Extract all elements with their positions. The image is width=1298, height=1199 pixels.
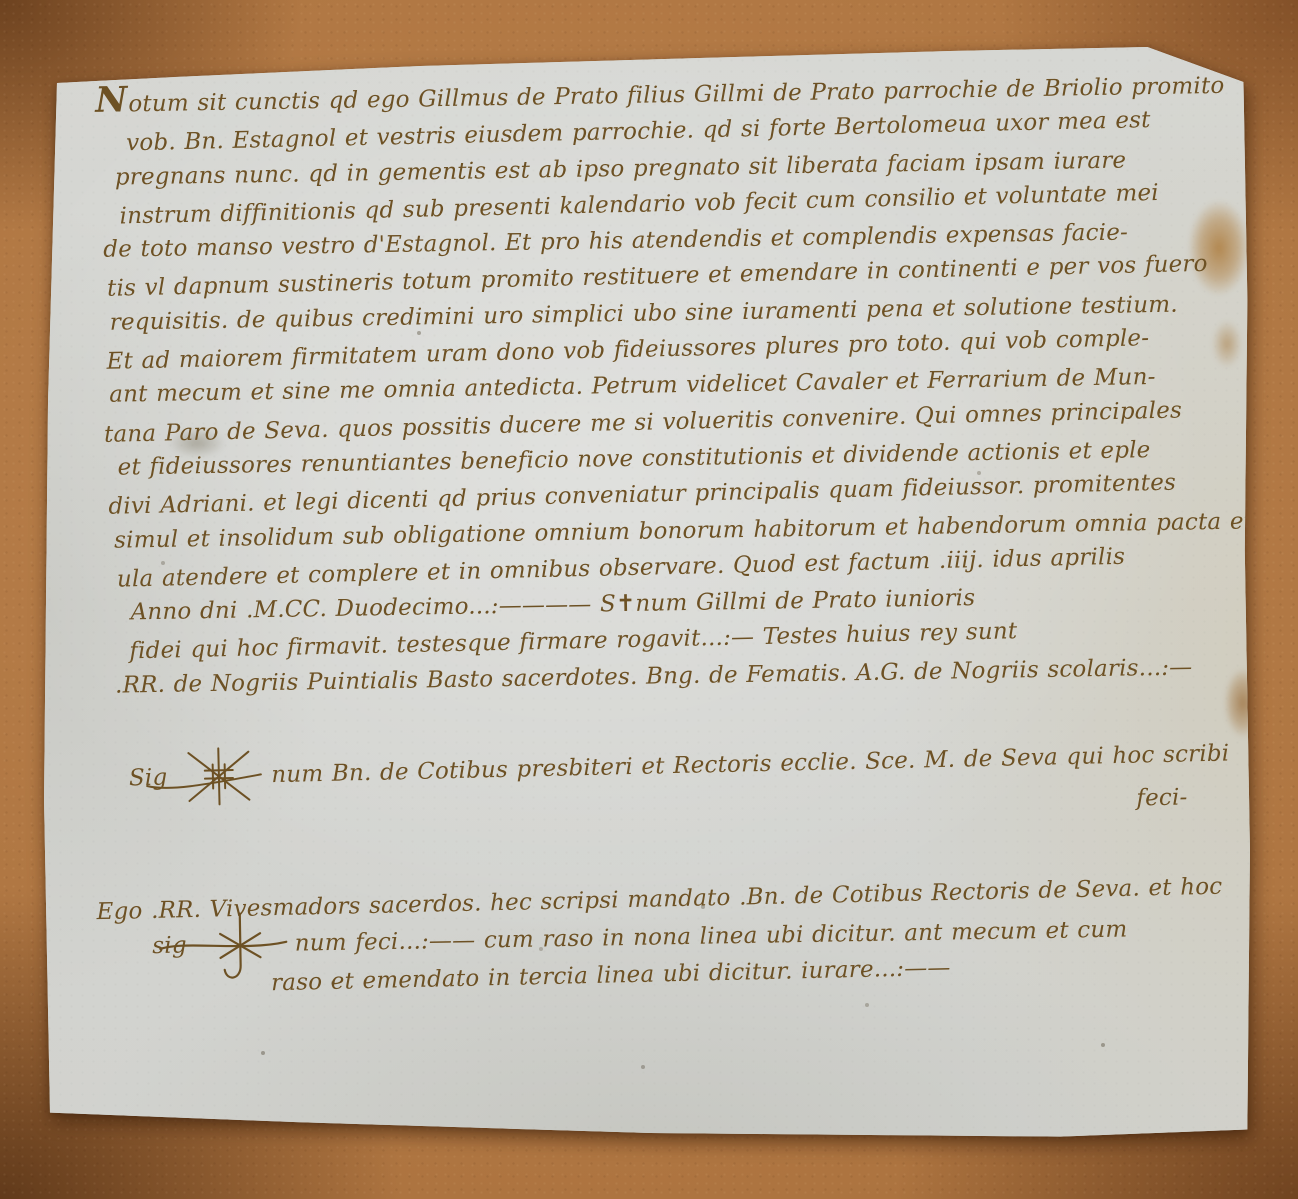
opening-initial: N xyxy=(95,79,129,121)
edge-stain-small xyxy=(1212,320,1242,368)
notarial-star-sign-icon xyxy=(175,759,264,795)
parchment-specks xyxy=(0,0,2,2)
parchment-shadow-wrap: Notum sit cunctis qd ego Gillmus de Prat… xyxy=(0,0,1298,1199)
notarial-cross-sign-icon xyxy=(194,927,287,965)
edge-stain-mid xyxy=(1224,668,1262,738)
parchment: Notum sit cunctis qd ego Gillmus de Prat… xyxy=(0,0,1298,1199)
manuscript-text: Notum sit cunctis qd ego Gillmus de Prat… xyxy=(75,63,1205,1004)
